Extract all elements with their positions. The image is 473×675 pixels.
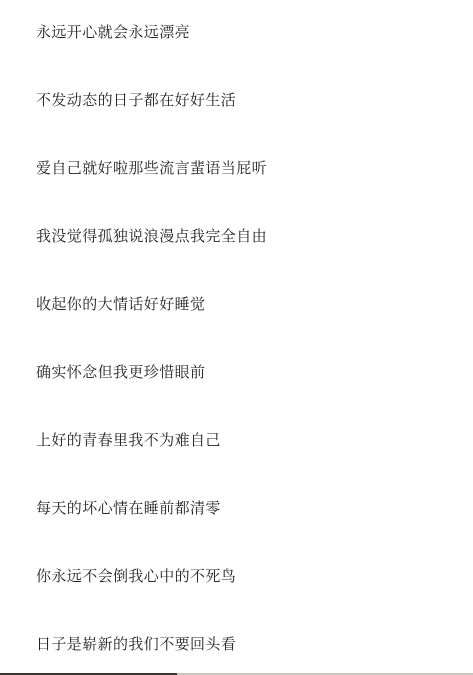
text-line-7: 上好的青春里我不为难自己 xyxy=(36,430,221,450)
text-line-3: 爱自己就好啦那些流言蜚语当屁听 xyxy=(36,158,267,178)
text-line-1: 永远开心就会永远漂亮 xyxy=(36,22,190,42)
text-line-8: 每天的坏心情在睡前都清零 xyxy=(36,498,221,518)
text-line-9: 你永远不会倒我心中的不死鸟 xyxy=(36,566,236,586)
text-line-6: 确实怀念但我更珍惜眼前 xyxy=(36,362,205,382)
text-line-4: 我没觉得孤独说浪漫点我完全自由 xyxy=(36,226,267,246)
text-line-10: 日子是崭新的我们不要回头看 xyxy=(36,634,236,654)
text-line-5: 收起你的大情话好好睡觉 xyxy=(36,294,205,314)
text-line-2: 不发动态的日子都在好好生活 xyxy=(36,90,236,110)
